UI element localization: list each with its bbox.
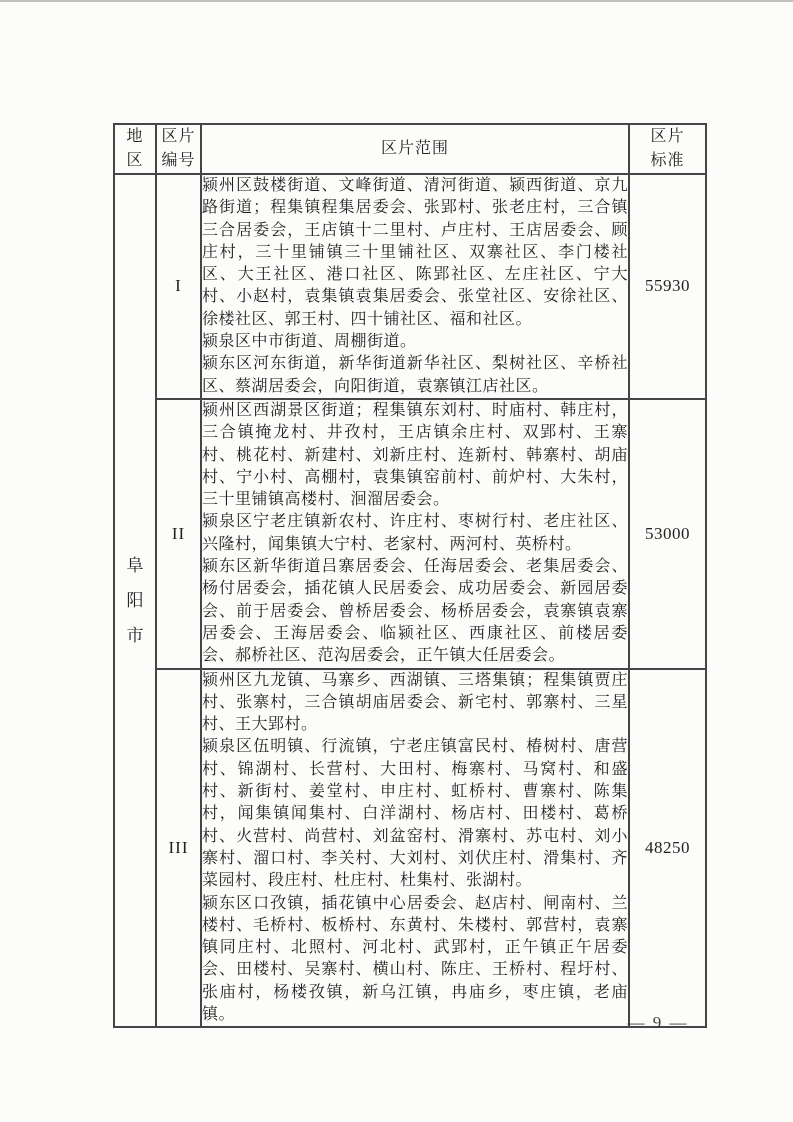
table-row-zone-2: II 颍州区西湖景区街道；程集镇东刘村、时庙村、韩庄村，三合镇掩龙村、井孜村，王… [114, 399, 706, 669]
scope-paragraph: 颍州区九龙镇、马寨乡、西湖镇、三塔集镇；程集镇贾庄村、张寨村，三合镇胡庙居委会、… [202, 670, 628, 737]
zone-scope-3: 颍州区九龙镇、马寨乡、西湖镇、三塔集镇；程集镇贾庄村、张寨村，三合镇胡庙居委会、… [201, 669, 629, 1028]
zone-scope-1: 颍州区鼓楼街道、文峰街道、清河街道、颍西街道、京九路街道；程集镇程集居委会、张郢… [201, 174, 629, 399]
document-page: 地区 区片编号 区片范围 区片标准 阜阳市 I 颍州区鼓楼街道、文峰街道、 [0, 0, 793, 1122]
scope-paragraph: 颍东区新华街道吕寨居委会、任海居委会、老集居委会、杨付居委会，插花镇人民居委会、… [202, 556, 628, 667]
header-zone-scope: 区片范围 [201, 124, 629, 174]
zone-no-3: III [156, 669, 201, 1028]
header-region: 地区 [114, 124, 156, 174]
region-name: 阜阳市 [125, 548, 145, 653]
header-region-label: 地区 [125, 125, 144, 173]
page-number: — 9 — [608, 1013, 708, 1033]
header-zone-scope-label: 区片范围 [381, 140, 449, 157]
scan-edge-artifact [0, 0, 793, 2]
table-row-zone-3: III 颍州区九龙镇、马寨乡、西湖镇、三塔集镇；程集镇贾庄村、张寨村，三合镇胡庙… [114, 669, 706, 1028]
scope-paragraph: 颍东区河东街道，新华街道新华社区、梨树社区、辛桥社区、蔡湖居委会，向阳街道，袁寨… [202, 353, 628, 398]
scope-paragraph: 颍泉区中市街道、周棚街道。 [202, 331, 628, 353]
zone-standard-3: 48250 [629, 669, 706, 1028]
zone-standard-1: 55930 [629, 174, 706, 399]
zone-scope-2: 颍州区西湖景区街道；程集镇东刘村、时庙村、韩庄村，三合镇掩龙村、井孜村，王店镇余… [201, 399, 629, 669]
header-zone-no-label: 区片编号 [159, 125, 198, 173]
zone-standard-2: 53000 [629, 399, 706, 669]
header-zone-standard-label: 区片标准 [648, 125, 687, 173]
zone-no-1: I [156, 174, 201, 399]
table-header-row: 地区 区片编号 区片范围 区片标准 [114, 124, 706, 174]
scope-paragraph: 颍泉区宁老庄镇新农村、许庄村、枣树行村、老庄社区、兴隆村，闻集镇大宁村、老家村、… [202, 511, 628, 556]
zone-no-2: II [156, 399, 201, 669]
scope-paragraph: 颍东区口孜镇，插花镇中心居委会、赵店村、闸南村、兰楼村、毛桥村、板桥村、东黄村、… [202, 893, 628, 1027]
scope-paragraph: 颍州区西湖景区街道；程集镇东刘村、时庙村、韩庄村，三合镇掩龙村、井孜村，王店镇余… [202, 400, 628, 511]
header-zone-standard: 区片标准 [629, 124, 706, 174]
scope-paragraph: 颍泉区伍明镇、行流镇，宁老庄镇富民村、椿树村、唐营村、锦湖村、长营村、大田村、梅… [202, 736, 628, 892]
header-zone-no: 区片编号 [156, 124, 201, 174]
zone-standard-table: 地区 区片编号 区片范围 区片标准 阜阳市 I 颍州区鼓楼街道、文峰街道、 [113, 123, 707, 1028]
table-row-zone-1: 阜阳市 I 颍州区鼓楼街道、文峰街道、清河街道、颍西街道、京九路街道；程集镇程集… [114, 174, 706, 399]
scope-paragraph: 颍州区鼓楼街道、文峰街道、清河街道、颍西街道、京九路街道；程集镇程集居委会、张郢… [202, 175, 628, 331]
region-cell: 阜阳市 [114, 174, 156, 1027]
